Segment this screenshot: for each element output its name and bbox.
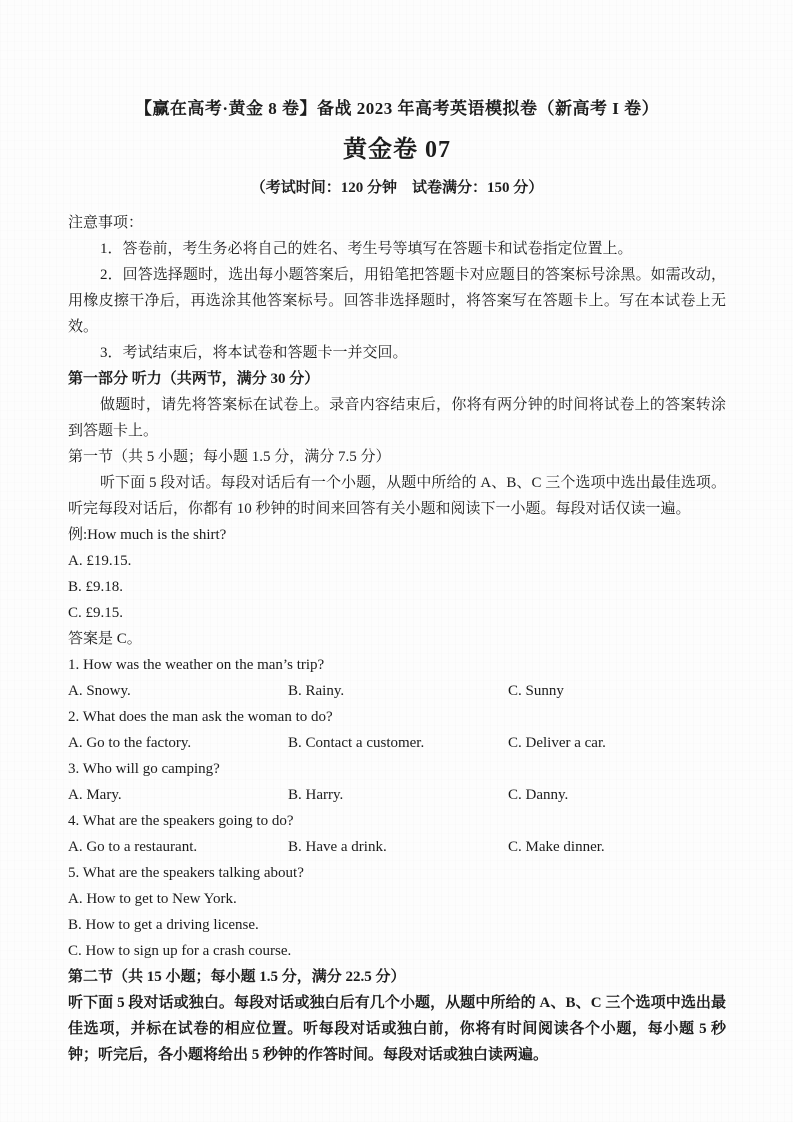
part1-listening-section: 第一部分 听力（共两节，满分 30 分） 做题时，请先将答案标在试卷上。录音内容… <box>68 366 726 1068</box>
question-1: 1. How was the weather on the man’s trip… <box>68 652 726 704</box>
paper-title: 黄金卷 07 <box>68 133 726 167</box>
question-5-option-b: B. How to get a driving license. <box>68 912 726 938</box>
question-1-option-a: A. Snowy. <box>68 678 288 704</box>
notice-item-1: 1．答卷前，考生务必将自己的姓名、考生号等填写在答题卡和试卷指定位置上。 <box>68 236 726 262</box>
section1-instructions: 听下面 5 段对话。每段对话后有一个小题，从题中所给的 A、B、C 三个选项中选… <box>68 470 726 522</box>
exam-time-score-info: （考试时间：120 分钟 试卷满分：150 分） <box>68 176 726 200</box>
question-3-option-b: B. Harry. <box>288 782 508 808</box>
question-1-text: 1. How was the weather on the man’s trip… <box>68 652 726 678</box>
example-option-c: C. £9.15. <box>68 600 726 626</box>
section1-heading: 第一节（共 5 小题；每小题 1.5 分，满分 7.5 分） <box>68 444 726 470</box>
notice-item-3: 3．考试结束后，将本试卷和答题卡一并交回。 <box>68 340 726 366</box>
notice-item-2: 2．回答选择题时，选出每小题答案后，用铅笔把答题卡对应题目的答案标号涂黑。如需改… <box>68 262 726 340</box>
question-2-text: 2. What does the man ask the woman to do… <box>68 704 726 730</box>
question-5: 5. What are the speakers talking about? … <box>68 860 726 964</box>
question-4-text: 4. What are the speakers going to do? <box>68 808 726 834</box>
section2-heading: 第二节（共 15 小题；每小题 1.5 分，满分 22.5 分） <box>68 964 726 990</box>
question-4-option-c: C. Make dinner. <box>508 834 726 860</box>
question-1-option-b: B. Rainy. <box>288 678 508 704</box>
question-1-options: A. Snowy. B. Rainy. C. Sunny <box>68 678 726 704</box>
part1-intro: 做题时，请先将答案标在试卷上。录音内容结束后，你将有两分钟的时间将试卷上的答案转… <box>68 392 726 444</box>
question-4: 4. What are the speakers going to do? A.… <box>68 808 726 860</box>
question-5-option-a: A. How to get to New York. <box>68 886 726 912</box>
example-question: 例:How much is the shirt? <box>68 522 726 548</box>
question-3-option-a: A. Mary. <box>68 782 288 808</box>
question-1-option-c: C. Sunny <box>508 678 726 704</box>
part1-heading: 第一部分 听力（共两节，满分 30 分） <box>68 366 726 392</box>
question-3-options: A. Mary. B. Harry. C. Danny. <box>68 782 726 808</box>
question-4-option-b: B. Have a drink. <box>288 834 508 860</box>
example-answer: 答案是 C。 <box>68 626 726 652</box>
question-5-option-c: C. How to sign up for a crash course. <box>68 938 726 964</box>
question-2-option-b: B. Contact a customer. <box>288 730 508 756</box>
question-4-option-a: A. Go to a restaurant. <box>68 834 288 860</box>
exam-series-title: 【赢在高考·黄金 8 卷】备战 2023 年高考英语模拟卷（新高考 I 卷） <box>68 97 726 121</box>
example-option-a: A. £19.15. <box>68 548 726 574</box>
question-2: 2. What does the man ask the woman to do… <box>68 704 726 756</box>
section2-instructions: 听下面 5 段对话或独白。每段对话或独白后有几个小题，从题中所给的 A、B、C … <box>68 990 726 1068</box>
example-option-b: B. £9.18. <box>68 574 726 600</box>
question-3-text: 3. Who will go camping? <box>68 756 726 782</box>
notices-section: 注意事项： 1．答卷前，考生务必将自己的姓名、考生号等填写在答题卡和试卷指定位置… <box>68 210 726 366</box>
question-3: 3. Who will go camping? A. Mary. B. Harr… <box>68 756 726 808</box>
question-3-option-c: C. Danny. <box>508 782 726 808</box>
question-4-options: A. Go to a restaurant. B. Have a drink. … <box>68 834 726 860</box>
question-5-text: 5. What are the speakers talking about? <box>68 860 726 886</box>
question-2-option-a: A. Go to the factory. <box>68 730 288 756</box>
exam-paper-page: 【赢在高考·黄金 8 卷】备战 2023 年高考英语模拟卷（新高考 I 卷） 黄… <box>0 0 793 1122</box>
notices-heading: 注意事项： <box>68 210 726 236</box>
question-2-option-c: C. Deliver a car. <box>508 730 726 756</box>
question-2-options: A. Go to the factory. B. Contact a custo… <box>68 730 726 756</box>
example-block: 例:How much is the shirt? A. £19.15. B. £… <box>68 522 726 652</box>
